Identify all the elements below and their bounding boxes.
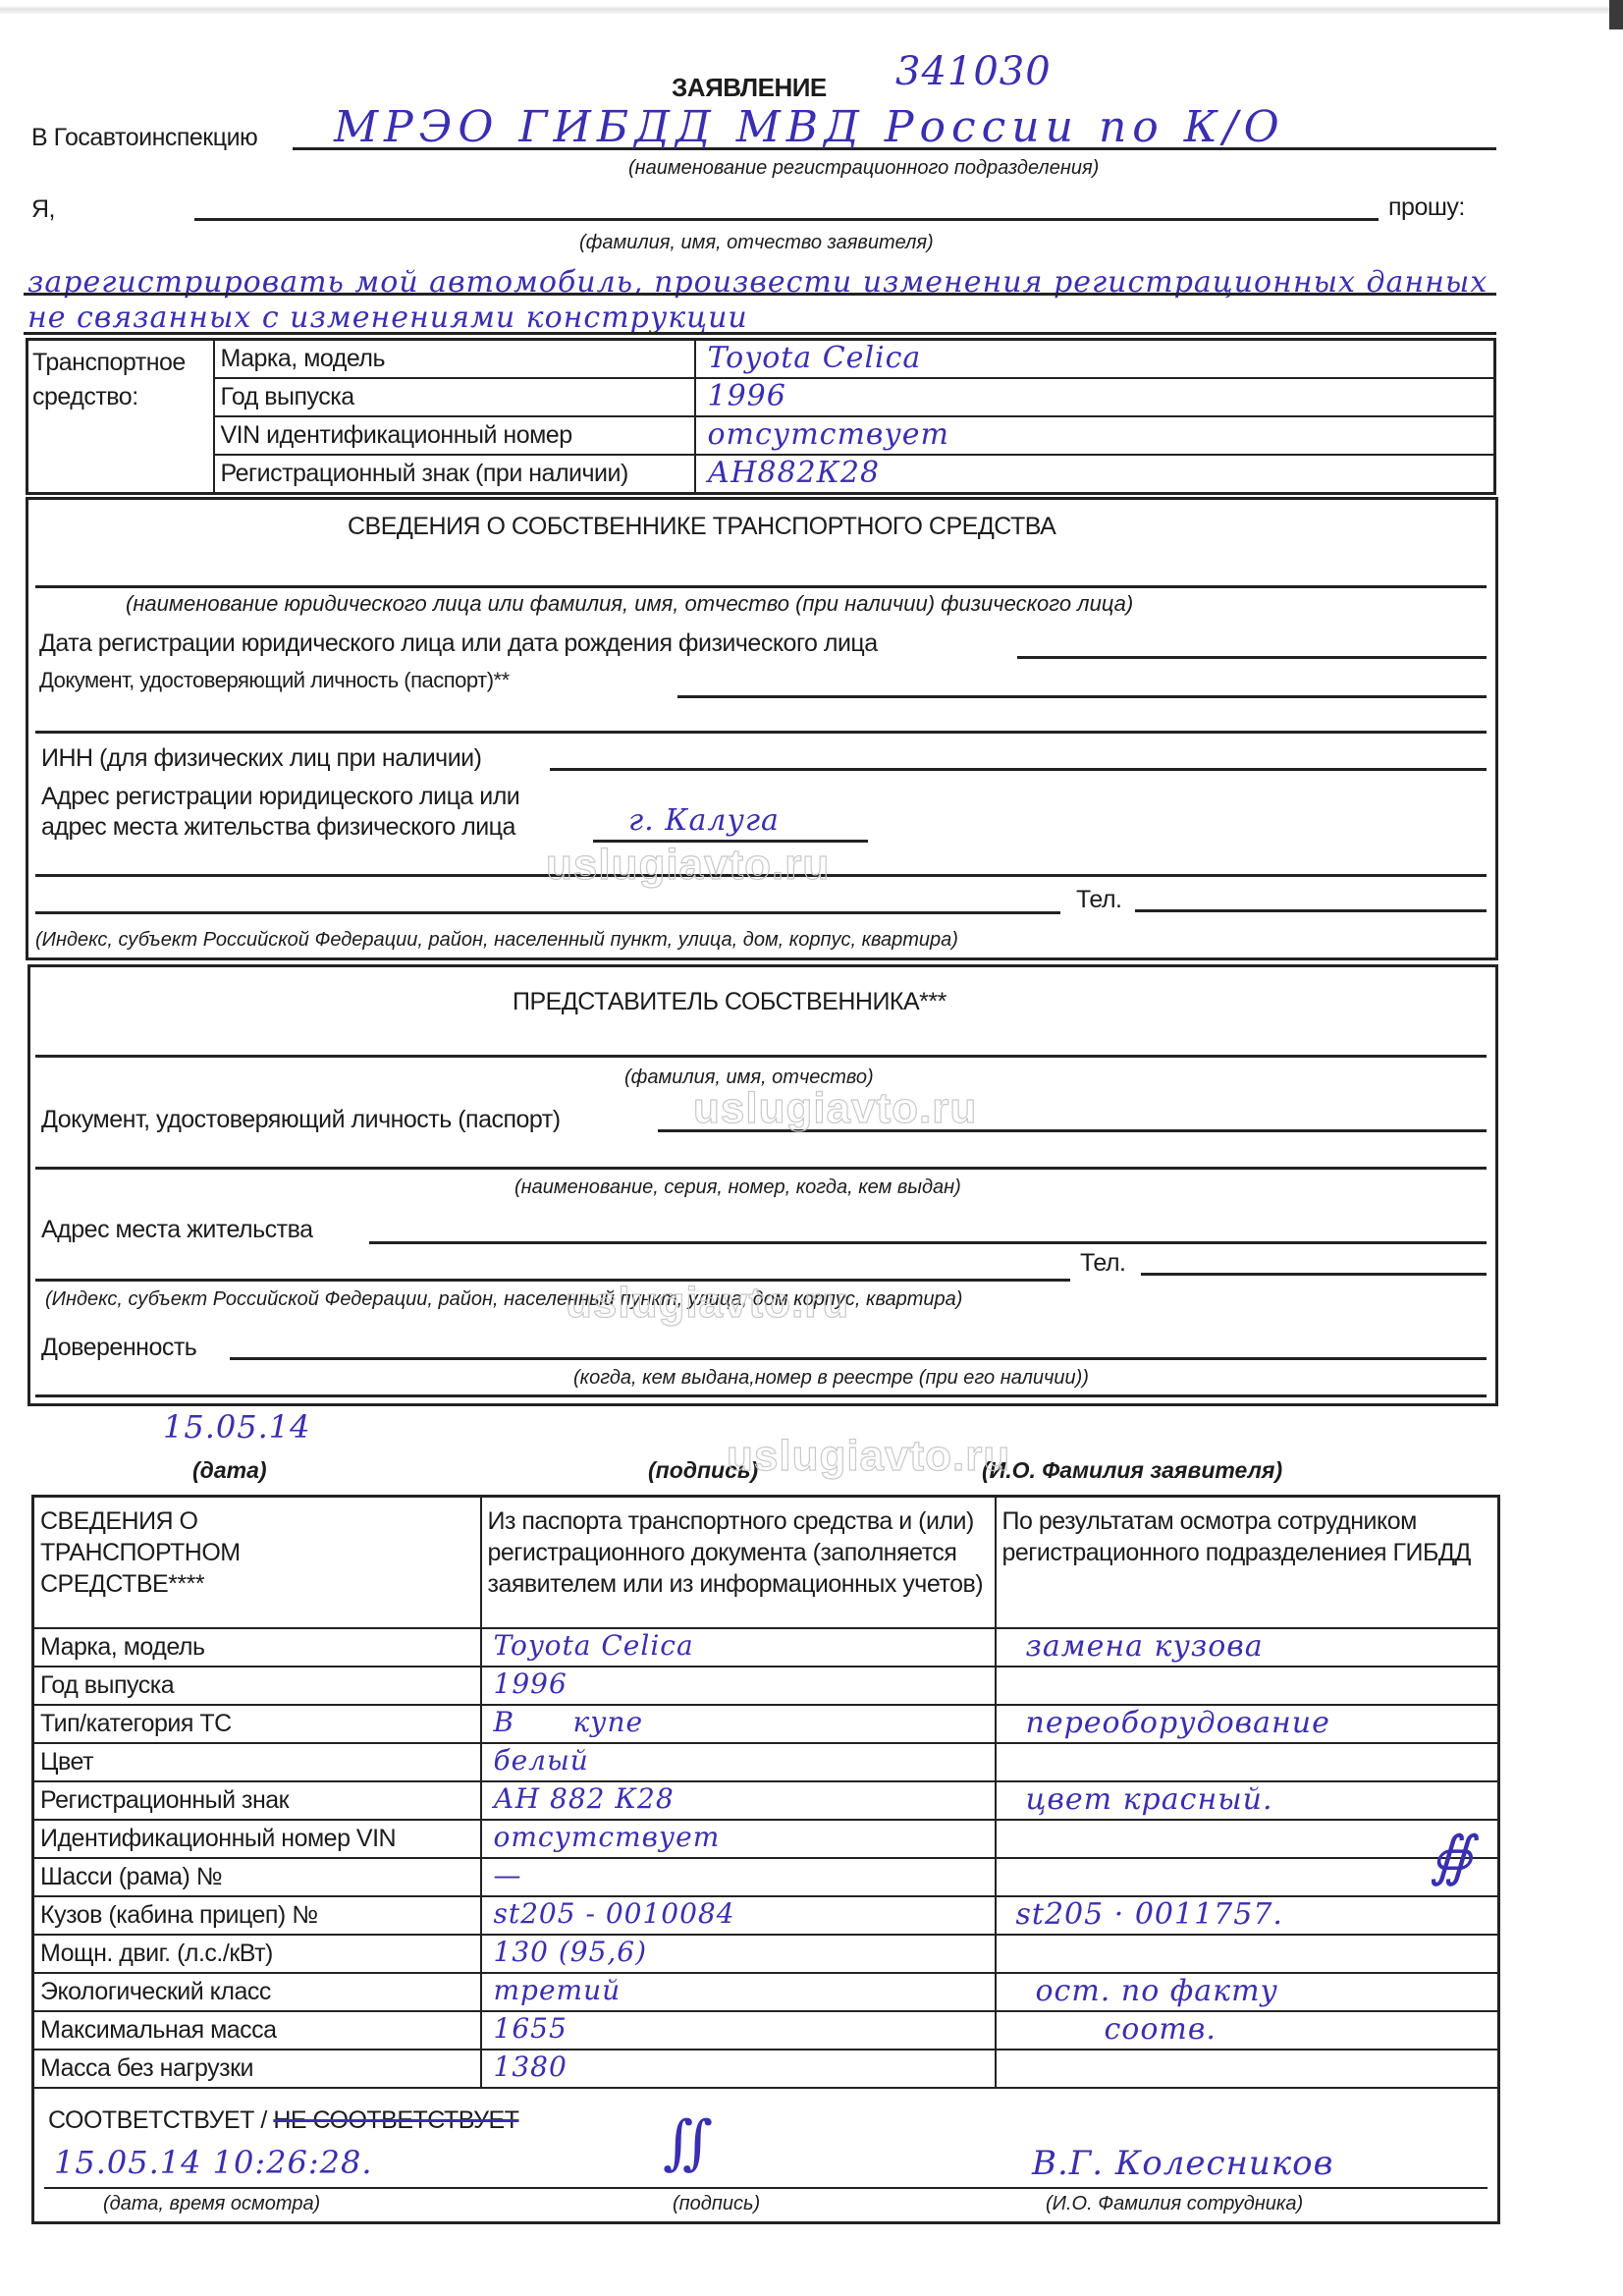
vehicle-group-label-2: средство: xyxy=(32,383,209,411)
to-label: В Госавтоинспекцию xyxy=(31,124,257,152)
verdict-not[interactable]: НЕ СООТВЕТСТВУЕТ xyxy=(273,2106,518,2134)
representative-title: ПРЕДСТАВИТЕЛЬ СОБСТВЕННИКА*** xyxy=(513,988,947,1016)
inspector-name[interactable]: В.Г. Колесников xyxy=(1032,2144,1333,2183)
inspection-row-result[interactable] xyxy=(996,2050,1499,2088)
rep-phone-label: Тел. xyxy=(1080,1249,1125,1278)
applicant-date-value[interactable]: 15.05.14 xyxy=(163,1408,311,1446)
inspection-header-2: Из паспорта транспортного средства и (ил… xyxy=(481,1497,996,1628)
vehicle-group-cell: Транспортное средство: xyxy=(27,340,214,494)
inspection-header-1: СВЕДЕНИЯ О ТРАНСПОРТНОМ СРЕДСТВЕ**** xyxy=(33,1497,481,1628)
application-number: 341030 xyxy=(895,49,1052,94)
inspector-sign-hint: (подпись) xyxy=(673,2193,760,2215)
vehicle-row-value[interactable]: АН882К28 xyxy=(695,455,1495,494)
applicant-name-hint: (И.О. Фамилия заявителя) xyxy=(982,1457,1282,1484)
datetime-hint: (дата, время осмотра) xyxy=(103,2193,320,2215)
owner-section xyxy=(26,497,1498,960)
verdict-underline xyxy=(44,2187,1488,2189)
rep-address-underline-2[interactable] xyxy=(35,1279,1070,1282)
vehicle-row-value[interactable]: 1996 xyxy=(695,378,1495,416)
watermark: uslugiavto.ru xyxy=(727,1432,1010,1481)
inspection-row-label: Цвет xyxy=(33,1743,481,1781)
to-value[interactable]: МРЭО ГИБДД МВД России по К/О xyxy=(334,102,1285,152)
vehicle-group-label-1: Транспортное xyxy=(32,349,209,377)
inspection-row-passport[interactable]: st205 - 0010084 xyxy=(481,1896,996,1935)
inspection-row-result[interactable]: цвет красный. xyxy=(996,1781,1499,1820)
inspection-row-result[interactable]: соотв. xyxy=(996,2011,1499,2050)
rep-address-underline[interactable] xyxy=(369,1241,1487,1244)
scan-edge-mark xyxy=(1609,0,1623,29)
inspection-row-passport[interactable]: — xyxy=(481,1858,996,1896)
inspection-row-passport[interactable]: отсутствует xyxy=(481,1820,996,1858)
vehicle-row-value[interactable]: Toyota Celica xyxy=(695,340,1495,379)
verdict-line: СООТВЕТСТВУЕТ / НЕ СООТВЕТСТВУЕТ xyxy=(48,2106,518,2135)
inspection-row-label: Тип/категория ТС xyxy=(33,1705,481,1743)
inspection-row-label: Экологический класс xyxy=(33,1973,481,2011)
owner-address-label-1: Адрес регистрации юридицеского лица или xyxy=(41,783,519,811)
page-title: ЗАЯВЛЕНИЕ xyxy=(672,73,827,103)
inspection-row-label: Масса без нагрузки xyxy=(33,2050,481,2088)
inspection-row-label: Идентификационный номер VIN xyxy=(33,1820,481,1858)
vehicle-row-label: Марка, модель xyxy=(214,340,695,379)
inspection-row-result[interactable]: замена кузова xyxy=(996,1628,1499,1667)
inspection-row-passport[interactable]: 1996 xyxy=(481,1667,996,1705)
inspection-row-label: Марка, модель xyxy=(33,1628,481,1667)
owner-doc-underline[interactable] xyxy=(677,695,1487,698)
inspection-row-result[interactable]: ост. по факту xyxy=(996,1973,1499,2011)
inspection-datetime[interactable]: 15.05.14 10:26:28. xyxy=(54,2144,373,2181)
owner-doc-label: Документ, удостоверяющий личность (паспо… xyxy=(39,668,510,693)
owner-address-label-2: адрес места жительства физического лица xyxy=(41,813,515,842)
inspector-signature-icon: ∬ xyxy=(663,2108,714,2177)
inspection-row-passport[interactable]: B купе xyxy=(481,1705,996,1743)
vehicle-table: Транспортное средство: Марка, модель Toy… xyxy=(26,338,1496,495)
request-line-2[interactable]: не связанных с изменениями конструкции xyxy=(27,301,748,335)
inspection-header-3: По результатам осмотра сотрудником регис… xyxy=(996,1497,1499,1628)
rep-poa-label: Доверенность xyxy=(41,1334,196,1362)
owner-doc-underline-2[interactable] xyxy=(35,731,1487,734)
rep-phone-underline[interactable] xyxy=(1141,1273,1487,1276)
owner-name-hint: (наименование юридического лица или фами… xyxy=(126,591,1133,617)
inspection-row-passport[interactable]: 130 (95,6) xyxy=(481,1935,996,1973)
vehicle-row-label: Регистрационный знак (при наличии) xyxy=(214,455,695,494)
inspection-row-label: Максимальная масса xyxy=(33,2011,481,2050)
rep-poa-underline[interactable] xyxy=(230,1357,1487,1360)
inspection-row-label: Шасси (рама) № xyxy=(33,1858,481,1896)
inspection-row-label: Кузов (кабина прицеп) № xyxy=(33,1896,481,1935)
inspection-row-passport[interactable]: АН 882 К28 xyxy=(481,1781,996,1820)
to-hint: (наименование регистрационного подраздел… xyxy=(628,157,1099,180)
rep-doc-label: Документ, удостоверяющий личность (паспо… xyxy=(41,1106,561,1134)
rep-doc-underline-2[interactable] xyxy=(35,1167,1487,1170)
ask-label: прошу: xyxy=(1388,193,1465,222)
rep-name-underline[interactable] xyxy=(35,1055,1487,1058)
watermark: uslugiavto.ru xyxy=(546,841,830,890)
inspection-row-label: Год выпуска xyxy=(33,1667,481,1705)
request-underline-1 xyxy=(24,293,1496,296)
scan-edge xyxy=(0,6,1623,14)
inspection-row-passport[interactable]: 1380 xyxy=(481,2050,996,2088)
inspection-table: СВЕДЕНИЯ О ТРАНСПОРТНОМ СРЕДСТВЕ**** Из … xyxy=(31,1495,1500,2224)
owner-date-underline[interactable] xyxy=(1017,656,1487,659)
rep-poa-hint: (когда, кем выдана,номер в реестре (при … xyxy=(573,1367,1089,1390)
inspection-row-result[interactable] xyxy=(996,1667,1499,1705)
owner-phone-underline[interactable] xyxy=(1135,909,1487,912)
inspection-row-result[interactable] xyxy=(996,1820,1499,1858)
vehicle-row-label: Год выпуска xyxy=(214,378,695,416)
rep-address-label: Адрес места жительства xyxy=(41,1216,313,1244)
owner-inn-label: ИНН (для физических лиц при наличии) xyxy=(41,744,481,773)
rep-poa-underline-2[interactable] xyxy=(35,1394,1487,1397)
owner-address-hint: (Индекс, субъект Российской Федерации, р… xyxy=(35,929,958,952)
vehicle-row-value[interactable]: отсутствует xyxy=(695,416,1495,455)
applicant-hint: (фамилия, имя, отчество заявителя) xyxy=(579,232,934,254)
owner-phone-label: Тел. xyxy=(1076,886,1121,914)
inspection-row-label: Мощн. двиг. (л.с./кВт) xyxy=(33,1935,481,1973)
owner-address-underline-3[interactable] xyxy=(35,911,1060,914)
inspection-row-passport[interactable]: Toyota Celica xyxy=(481,1628,996,1667)
watermark: uslugiavto.ru xyxy=(566,1279,849,1328)
owner-inn-underline[interactable] xyxy=(550,768,1487,771)
verdict-ok[interactable]: СООТВЕТСТВУЕТ xyxy=(48,2106,254,2134)
inspection-row-passport[interactable]: белый xyxy=(481,1743,996,1781)
inspector-initials-icon: ∯ xyxy=(1430,1825,1474,1888)
watermark: uslugiavto.ru xyxy=(693,1084,977,1133)
inspection-row-result[interactable] xyxy=(996,1743,1499,1781)
inspection-row-result[interactable] xyxy=(996,1935,1499,1973)
inspector-name-hint: (И.О. Фамилия сотрудника) xyxy=(1046,2193,1303,2215)
owner-date-label: Дата регистрации юридического лица или д… xyxy=(39,629,878,658)
inspection-verdict-cell: СООТВЕТСТВУЕТ / НЕ СООТВЕТСТВУЕТ 15.05.1… xyxy=(33,2088,1499,2223)
inspection-row-passport[interactable]: третий xyxy=(481,1973,996,2011)
rep-doc-hint: (наименование, серия, номер, когда, кем … xyxy=(514,1176,961,1199)
owner-address-value[interactable]: г. Калуга xyxy=(628,803,780,838)
inspection-row-result[interactable]: st205 · 0011757. xyxy=(996,1896,1499,1935)
inspection-row-result[interactable]: переоборудование xyxy=(996,1705,1499,1743)
applicant-underline[interactable] xyxy=(194,218,1379,221)
owner-name-underline[interactable] xyxy=(35,585,1487,588)
vehicle-row-label: VIN идентификационный номер xyxy=(214,416,695,455)
i-label: Я, xyxy=(31,195,55,224)
inspection-row-result[interactable] xyxy=(996,1858,1499,1896)
inspection-row-label: Регистрационный знак xyxy=(33,1781,481,1820)
applicant-date-hint: (дата) xyxy=(192,1457,267,1484)
request-underline-2 xyxy=(24,332,1496,335)
inspection-row-passport[interactable]: 1655 xyxy=(481,2011,996,2050)
owner-title: СВЕДЕНИЯ О СОБСТВЕННИКЕ ТРАНСПОРТНОГО СР… xyxy=(348,513,1055,541)
